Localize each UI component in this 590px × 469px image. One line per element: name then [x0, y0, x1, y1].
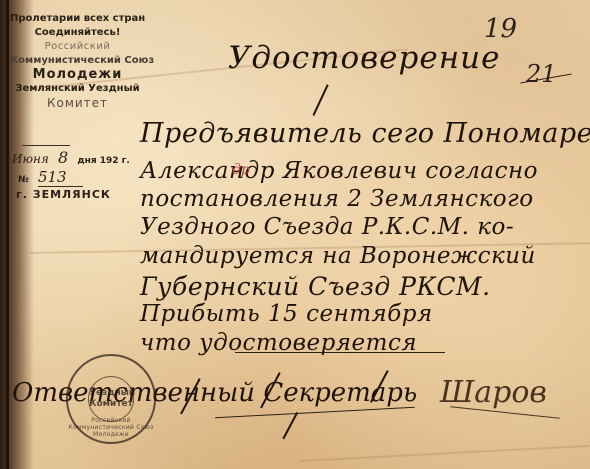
city-label: г. ЗЕМЛЯНСК: [16, 188, 111, 201]
letterhead-line: Молодежи: [10, 68, 145, 82]
document-title: Удостоверение: [228, 40, 500, 76]
body-line: постановления 2 Землянского: [140, 186, 534, 212]
rule-line: [22, 145, 70, 146]
body-line: Губернский Съезд РКСМ.: [140, 272, 491, 301]
signature-label: Ответственный Секретарь: [12, 378, 417, 408]
number-prefix: №: [18, 175, 29, 185]
body-line: мандируется на Воронежский: [140, 243, 536, 269]
signature: Шаров: [440, 375, 547, 410]
date-label: дня 192 г.: [77, 156, 129, 166]
date-month: Июня: [12, 152, 49, 166]
underline: [235, 352, 445, 353]
pen-stroke: [282, 412, 297, 439]
pen-stroke: [313, 84, 329, 115]
paper-crease: [300, 445, 590, 462]
letterhead-line: Соединяйтесь!: [10, 26, 145, 40]
letterhead-line: Пролетарии всех стран: [10, 12, 145, 26]
letterhead-stamp: Пролетарии всех стран Соединяйтесь! Росс…: [10, 12, 145, 110]
body-line: Александр Яковлевич согласно: [140, 158, 538, 184]
page-number: 21: [526, 60, 557, 88]
date-day: 8: [58, 148, 68, 167]
body-line-text: Александр Яковлевич согласно: [140, 158, 538, 184]
body-line: Уездного Съезда Р.К.С.М. ко-: [140, 214, 514, 240]
letterhead-line: Коммунистический Союз: [10, 54, 145, 68]
body-line: Предъявитель сего Пономарев: [140, 118, 590, 149]
seal-ring-text: Российский Коммунистический Союз Молодеж…: [68, 417, 154, 438]
letterhead-line: Российский: [10, 40, 145, 54]
document-page: Пролетарии всех стран Соединяйтесь! Росс…: [0, 0, 590, 469]
number-value: 513: [38, 168, 83, 187]
letterhead-line: Комитет: [10, 96, 145, 110]
date-row: Июня 8 дня 192 г.: [12, 148, 130, 167]
number-row: № 513: [18, 168, 83, 186]
signature-underline: [215, 407, 415, 418]
letterhead-line: Землянский Уездный: [10, 82, 145, 96]
body-line: Прибыть 15 сентября: [140, 301, 433, 327]
binding-edge: [6, 0, 9, 469]
red-correction: др: [232, 162, 250, 178]
